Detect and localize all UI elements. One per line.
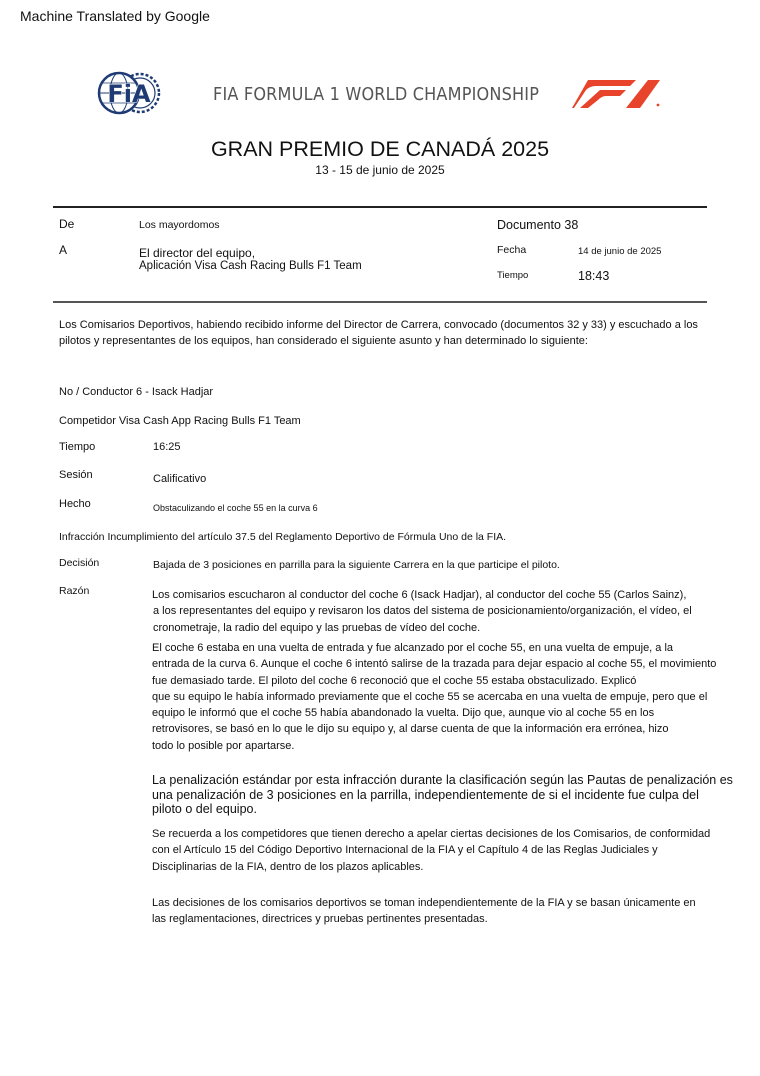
reason-paragraph-2: El coche 6 estaba en una vuelta de entra… — [152, 640, 716, 754]
divider-bottom — [53, 301, 707, 303]
appeal-paragraph: Se recuerda a los competidores que tiene… — [152, 826, 710, 875]
document-number: Documento 38 — [497, 218, 578, 232]
to-label: A — [59, 243, 67, 257]
infringement-line: Infracción Incumplimiento del artículo 3… — [59, 531, 506, 543]
machine-translation-notice: Machine Translated by Google — [20, 8, 210, 24]
to-value-line2: Aplicación Visa Cash Racing Bulls F1 Tea… — [139, 260, 362, 272]
fact-value: Obstaculizando el coche 55 en la curva 6 — [153, 503, 318, 513]
divider-top — [53, 206, 707, 208]
time-label: Tiempo — [497, 270, 528, 281]
date-label: Fecha — [497, 244, 526, 256]
event-title: GRAN PREMIO DE CANADÁ 2025 — [0, 137, 760, 162]
competitor-line: Competidor Visa Cash App Racing Bulls F1… — [59, 415, 301, 427]
championship-title: FIA FORMULA 1 WORLD CHAMPIONSHIP — [213, 85, 539, 105]
from-value: Los mayordomos — [139, 219, 220, 231]
session-value: Calificativo — [153, 473, 206, 485]
to-value-line1: El director del equipo, — [139, 246, 255, 260]
session-label: Sesión — [59, 469, 93, 481]
incident-time-value: 16:25 — [153, 441, 181, 453]
f1-logo-icon — [570, 80, 662, 108]
svg-text:FiA: FiA — [107, 80, 151, 108]
driver-line: No / Conductor 6 - Isack Hadjar — [59, 386, 213, 398]
decision-label: Decisión — [59, 557, 99, 569]
incident-time-label: Tiempo — [59, 441, 95, 453]
from-label: De — [59, 217, 74, 231]
event-dates: 13 - 15 de junio de 2025 — [0, 163, 760, 177]
decision-value: Bajada de 3 posiciones en parrilla para … — [153, 559, 560, 571]
fact-label: Hecho — [59, 498, 91, 510]
date-value: 14 de junio de 2025 — [578, 246, 661, 257]
reason-label: Razón — [59, 585, 89, 597]
independence-paragraph: Las decisiones de los comisarios deporti… — [152, 895, 696, 928]
time-value: 18:43 — [578, 269, 609, 283]
fia-logo-icon: FiA — [97, 71, 161, 115]
reason-paragraph-1: Los comisarios escucharon al conductor d… — [152, 587, 692, 636]
intro-paragraph: Los Comisarios Deportivos, habiendo reci… — [59, 317, 698, 350]
reason-paragraph-3: La penalización estándar por esta infrac… — [152, 773, 733, 817]
